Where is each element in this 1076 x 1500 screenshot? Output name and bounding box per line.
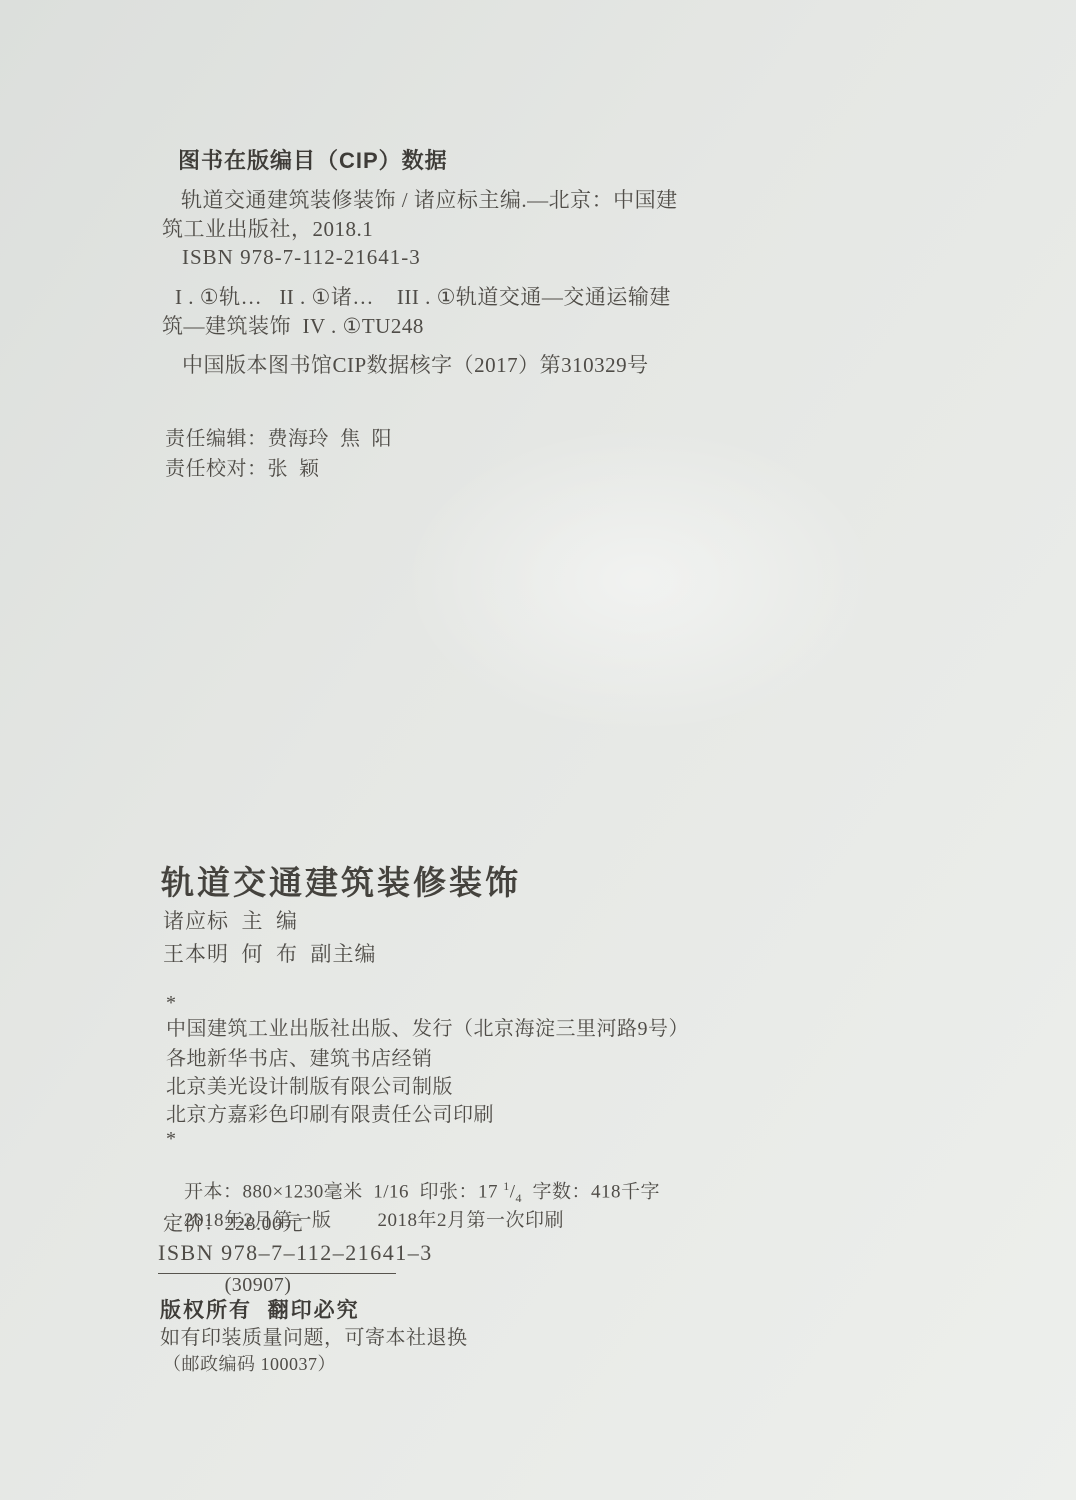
separator-star-2: * [166,1126,177,1153]
deputy-editors-line: 王本明 何 布 副主编 [163,940,377,968]
cip-classification-line2: 筑—建筑装饰 IV . ①TU248 [162,312,424,340]
publisher-line: 中国建筑工业出版社出版、发行（北京海淀三里河路9号） [166,1016,689,1043]
returns-notice: 如有印装质量问题，可寄本社退换 [160,1325,468,1352]
book-copyright-page: 图书在版编目（CIP）数据 轨道交通建筑装修装饰 / 诸应标主编.—北京：中国建… [0,0,1076,1500]
cip-classification-line1: I . ①轨… II . ①诸… III . ①轨道交通—交通运输建 [175,283,671,311]
cip-entry-line1: 轨道交通建筑装修装饰 / 诸应标主编.—北京：中国建 [181,186,678,214]
printer-line: 北京方嘉彩色印刷有限责任公司印刷 [166,1102,494,1129]
impression-text: 2018年2月第一次印刷 [378,1210,565,1231]
book-number: (30907) [158,1272,358,1299]
chief-editor-line: 诸应标 主 编 [163,907,298,935]
book-title: 轨道交通建筑装修装饰 [161,862,521,907]
copyright-notice: 版权所有 翻印必究 [160,1297,360,1325]
cip-entry-line2: 筑工业出版社，2018.1 [162,215,373,243]
price-line: 定价：228.00元 [163,1211,303,1238]
responsible-proofreader: 责任校对：张 颖 [165,456,320,483]
cip-isbn: ISBN 978-7-112-21641-3 [182,243,421,271]
platemaking-line: 北京美光设计制版有限公司制版 [166,1074,453,1101]
cip-record-number: 中国版本图书馆CIP数据核字（2017）第310329号 [182,351,649,379]
isbn-bottom-line: ISBN 978–7–112–21641–3 [158,1238,396,1274]
distribution-line: 各地新华书店、建筑书店经销 [166,1046,433,1073]
separator-star: * [166,990,177,1017]
cip-header: 图书在版编目（CIP）数据 [178,146,448,176]
responsible-editors: 责任编辑：费海玲 焦 阳 [165,426,392,453]
postcode-line: （邮政编码 100037） [163,1352,336,1376]
